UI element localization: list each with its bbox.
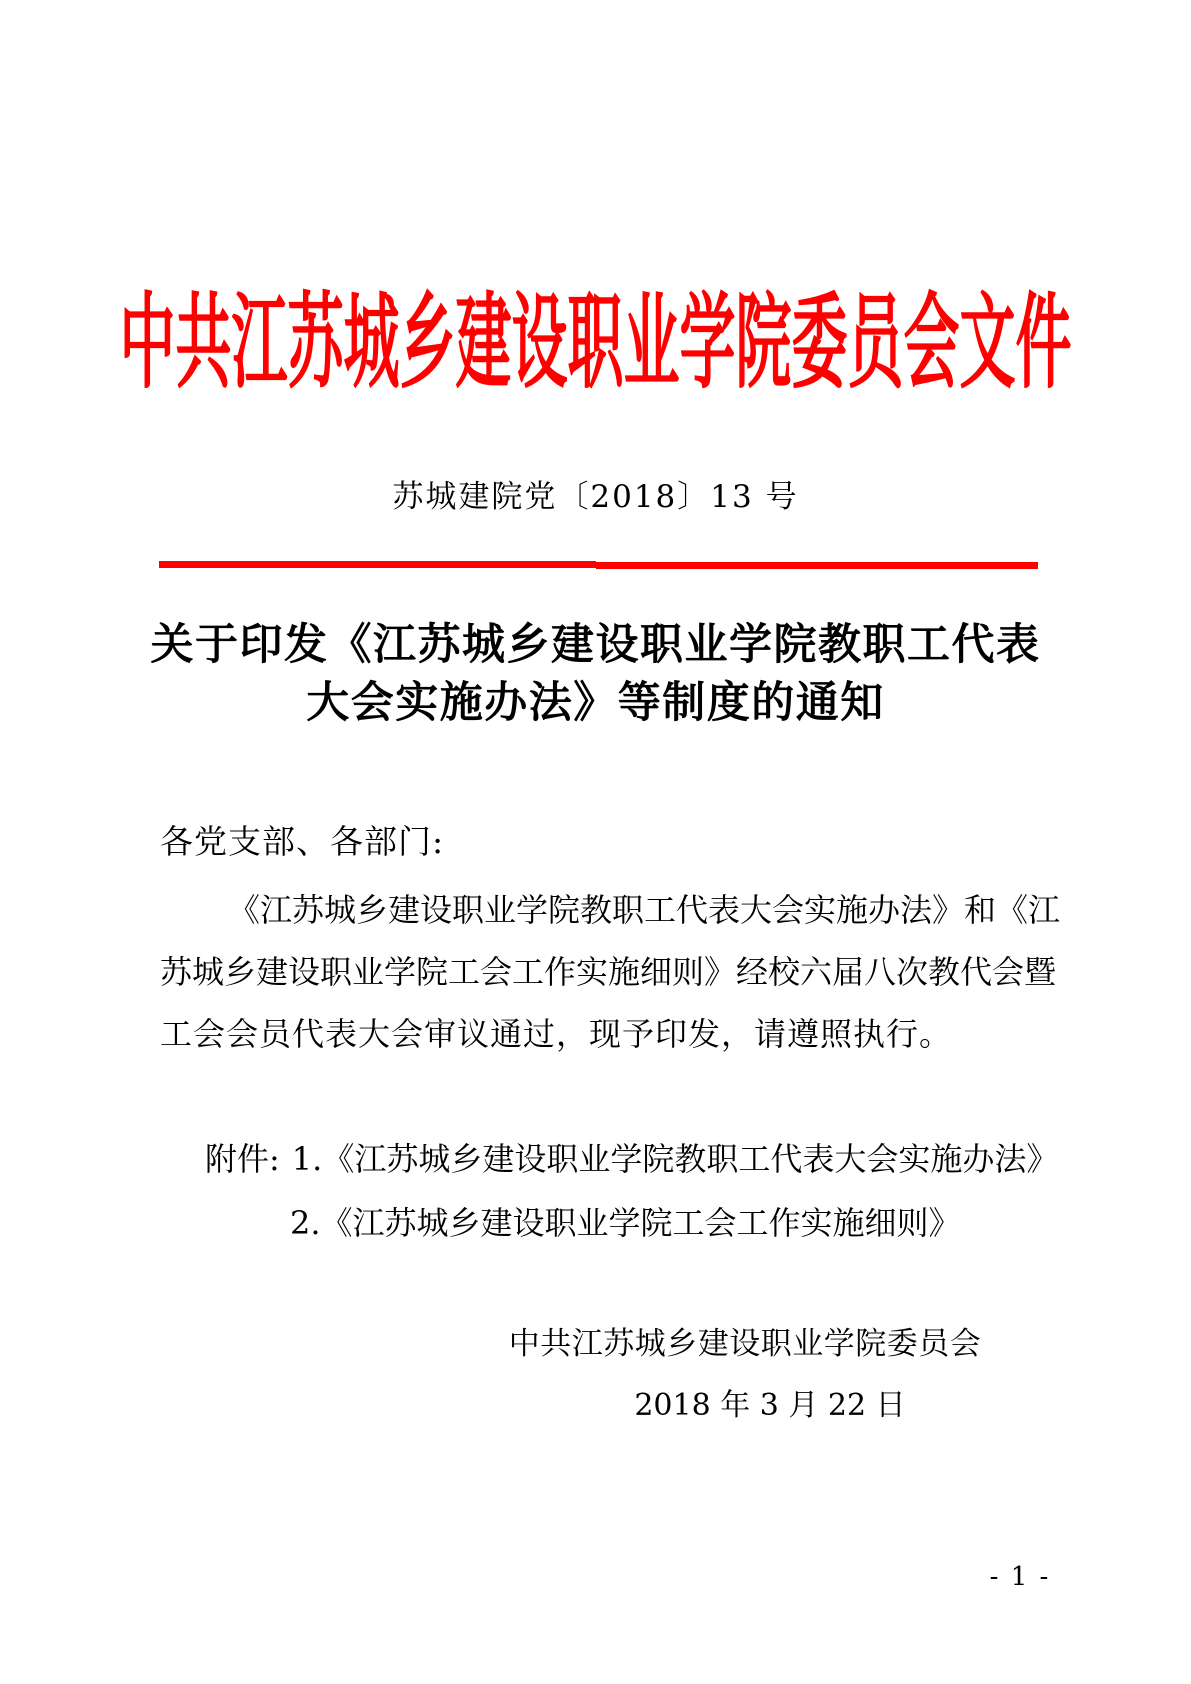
attachments-list: 附件:1.《江苏城乡建设职业学院教职工代表大会实施办法》 2.《江苏城乡建设职业…	[205, 1127, 1105, 1255]
page-number: - 1 -	[960, 1562, 1080, 1592]
attachment-item-1: 1.《江苏城乡建设职业学院教职工代表大会实施办法》	[292, 1140, 1059, 1178]
notice-title: 关于印发《江苏城乡建设职业学院教职工代表 大会实施办法》等制度的通知	[0, 616, 1191, 732]
red-divider-left-segment	[159, 561, 596, 568]
document-number: 苏城建院党〔2018〕13 号	[0, 476, 1191, 518]
body-paragraph: 《江苏城乡建设职业学院教职工代表大会实施办法》和《江 苏城乡建设职业学院工会工作…	[160, 879, 1038, 1065]
notice-title-line-2: 大会实施办法》等制度的通知	[0, 674, 1191, 732]
attachment-item-1-row: 附件:1.《江苏城乡建设职业学院教职工代表大会实施办法》	[205, 1127, 1105, 1191]
attachments-label: 附件:	[205, 1140, 280, 1178]
official-document-page: 中共江苏城乡建设职业学院委员会文件 苏城建院党〔2018〕13 号 关于印发《江…	[0, 0, 1191, 1684]
red-divider-right-segment	[596, 562, 1038, 569]
paragraph-line-2: 苏城乡建设职业学院工会工作实施细则》经校六届八次教代会暨	[160, 941, 1038, 1003]
signature-organization: 中共江苏城乡建设职业学院委员会	[430, 1322, 1060, 1366]
attachment-item-2-row: 2.《江苏城乡建设职业学院工会工作实施细则》	[205, 1191, 1105, 1255]
notice-title-line-1: 关于印发《江苏城乡建设职业学院教职工代表	[0, 616, 1191, 674]
signature-date: 2018 年 3 月 22 日	[460, 1384, 1080, 1428]
attachment-item-2: 2.《江苏城乡建设职业学院工会工作实施细则》	[290, 1204, 961, 1242]
paragraph-line-3: 工会会员代表大会审议通过，现予印发，请遵照执行。	[160, 1003, 1038, 1065]
paragraph-line-1: 《江苏城乡建设职业学院教职工代表大会实施办法》和《江	[160, 879, 1038, 941]
letterhead-org-title: 中共江苏城乡建设职业学院委员会文件	[0, 291, 1191, 395]
salutation: 各党支部、各部门:	[160, 811, 1040, 873]
